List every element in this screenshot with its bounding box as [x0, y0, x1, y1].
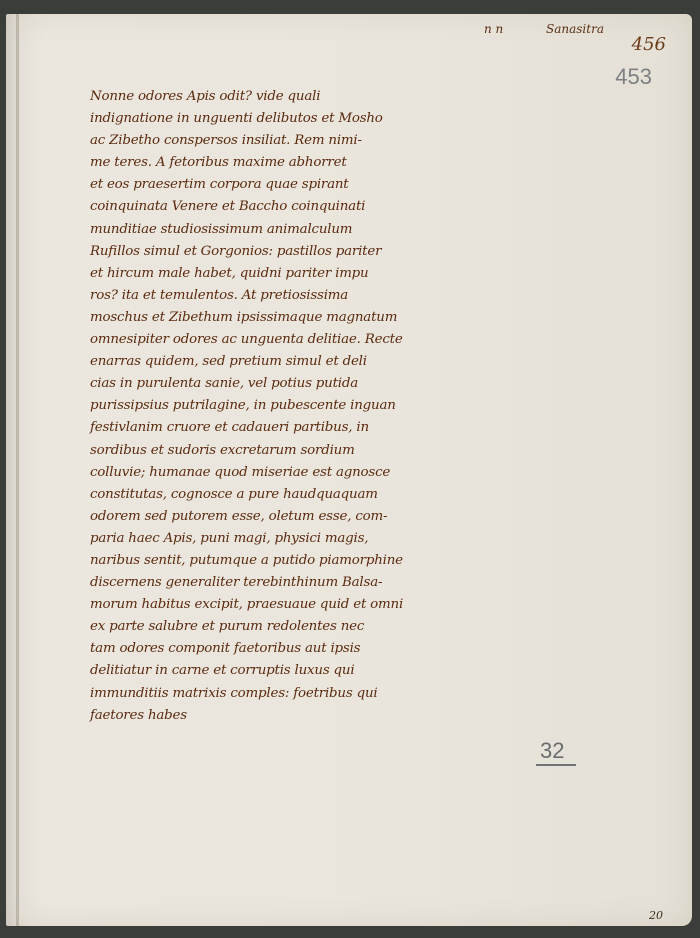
stamp-number: 32 — [536, 738, 576, 766]
header-mark-right: Sanasitra — [546, 22, 604, 36]
text-line: purissipsius putrilagine, in pubescente … — [90, 395, 450, 417]
text-line: sordibus et sudoris excretarum sordium — [90, 440, 450, 462]
text-line: colluvie; humanae quod miseriae est agno… — [90, 462, 450, 484]
text-line: ac Zibetho conspersos insiliat. Rem nimi… — [90, 130, 450, 152]
text-line: munditiae studiosissimum animalculum — [90, 219, 450, 241]
text-line: naribus sentit, putumque a putido piamor… — [90, 550, 450, 572]
text-line: constitutas, cognosce a pure haudquaquam — [90, 484, 450, 506]
text-line: moschus et Zibethum ipsissimaque magnatu… — [90, 307, 450, 329]
text-line: omnesipiter odores ac unguenta delitiae.… — [90, 329, 450, 351]
text-line: indignatione in unguenti delibutos et Mo… — [90, 108, 450, 130]
text-line: morum habitus excipit, praesuaue quid et… — [90, 594, 450, 616]
text-line: faetores habes — [90, 705, 450, 727]
text-line: et eos praesertim corpora quae spirant — [90, 174, 450, 196]
text-line: cias in purulenta sanie, vel potius puti… — [90, 373, 450, 395]
text-line: immunditiis matrixis comples: foetribus … — [90, 683, 450, 705]
folio-number-ink: 456 — [632, 34, 666, 55]
text-line: odorem sed putorem esse, oletum esse, co… — [90, 506, 450, 528]
text-line: discernens generaliter terebinthinum Bal… — [90, 572, 450, 594]
text-line: tam odores componit faetoribus aut ipsis — [90, 638, 450, 660]
text-line: festivlanim cruore et cadaueri partibus,… — [90, 417, 450, 439]
text-line: ex parte salubre et purum redolentes nec — [90, 616, 450, 638]
text-line: et hircum male habet, quidni pariter imp… — [90, 263, 450, 285]
text-line: me teres. A fetoribus maxime abhorret — [90, 152, 450, 174]
text-line: ros? ita et temulentos. At pretiosissima — [90, 285, 450, 307]
bottom-corner-number: 20 — [649, 909, 663, 922]
text-line: delitiatur in carne et corruptis luxus q… — [90, 660, 450, 682]
text-line: coinquinata Venere et Baccho coinquinati — [90, 196, 450, 218]
folio-number-pencil: 453 — [615, 64, 652, 90]
text-line: Rufillos simul et Gorgonios: pastillos p… — [90, 241, 450, 263]
manuscript-page: n n Sanasitra 456 453 Nonne odores Apis … — [6, 14, 692, 926]
text-line: paria haec Apis, puni magi, physici magi… — [90, 528, 450, 550]
text-line: enarras quidem, sed pretium simul et del… — [90, 351, 450, 373]
header-mark-left: n n — [484, 22, 503, 36]
text-line: Nonne odores Apis odit? vide quali — [90, 86, 450, 108]
manuscript-text: Nonne odores Apis odit? vide quali indig… — [90, 86, 450, 727]
